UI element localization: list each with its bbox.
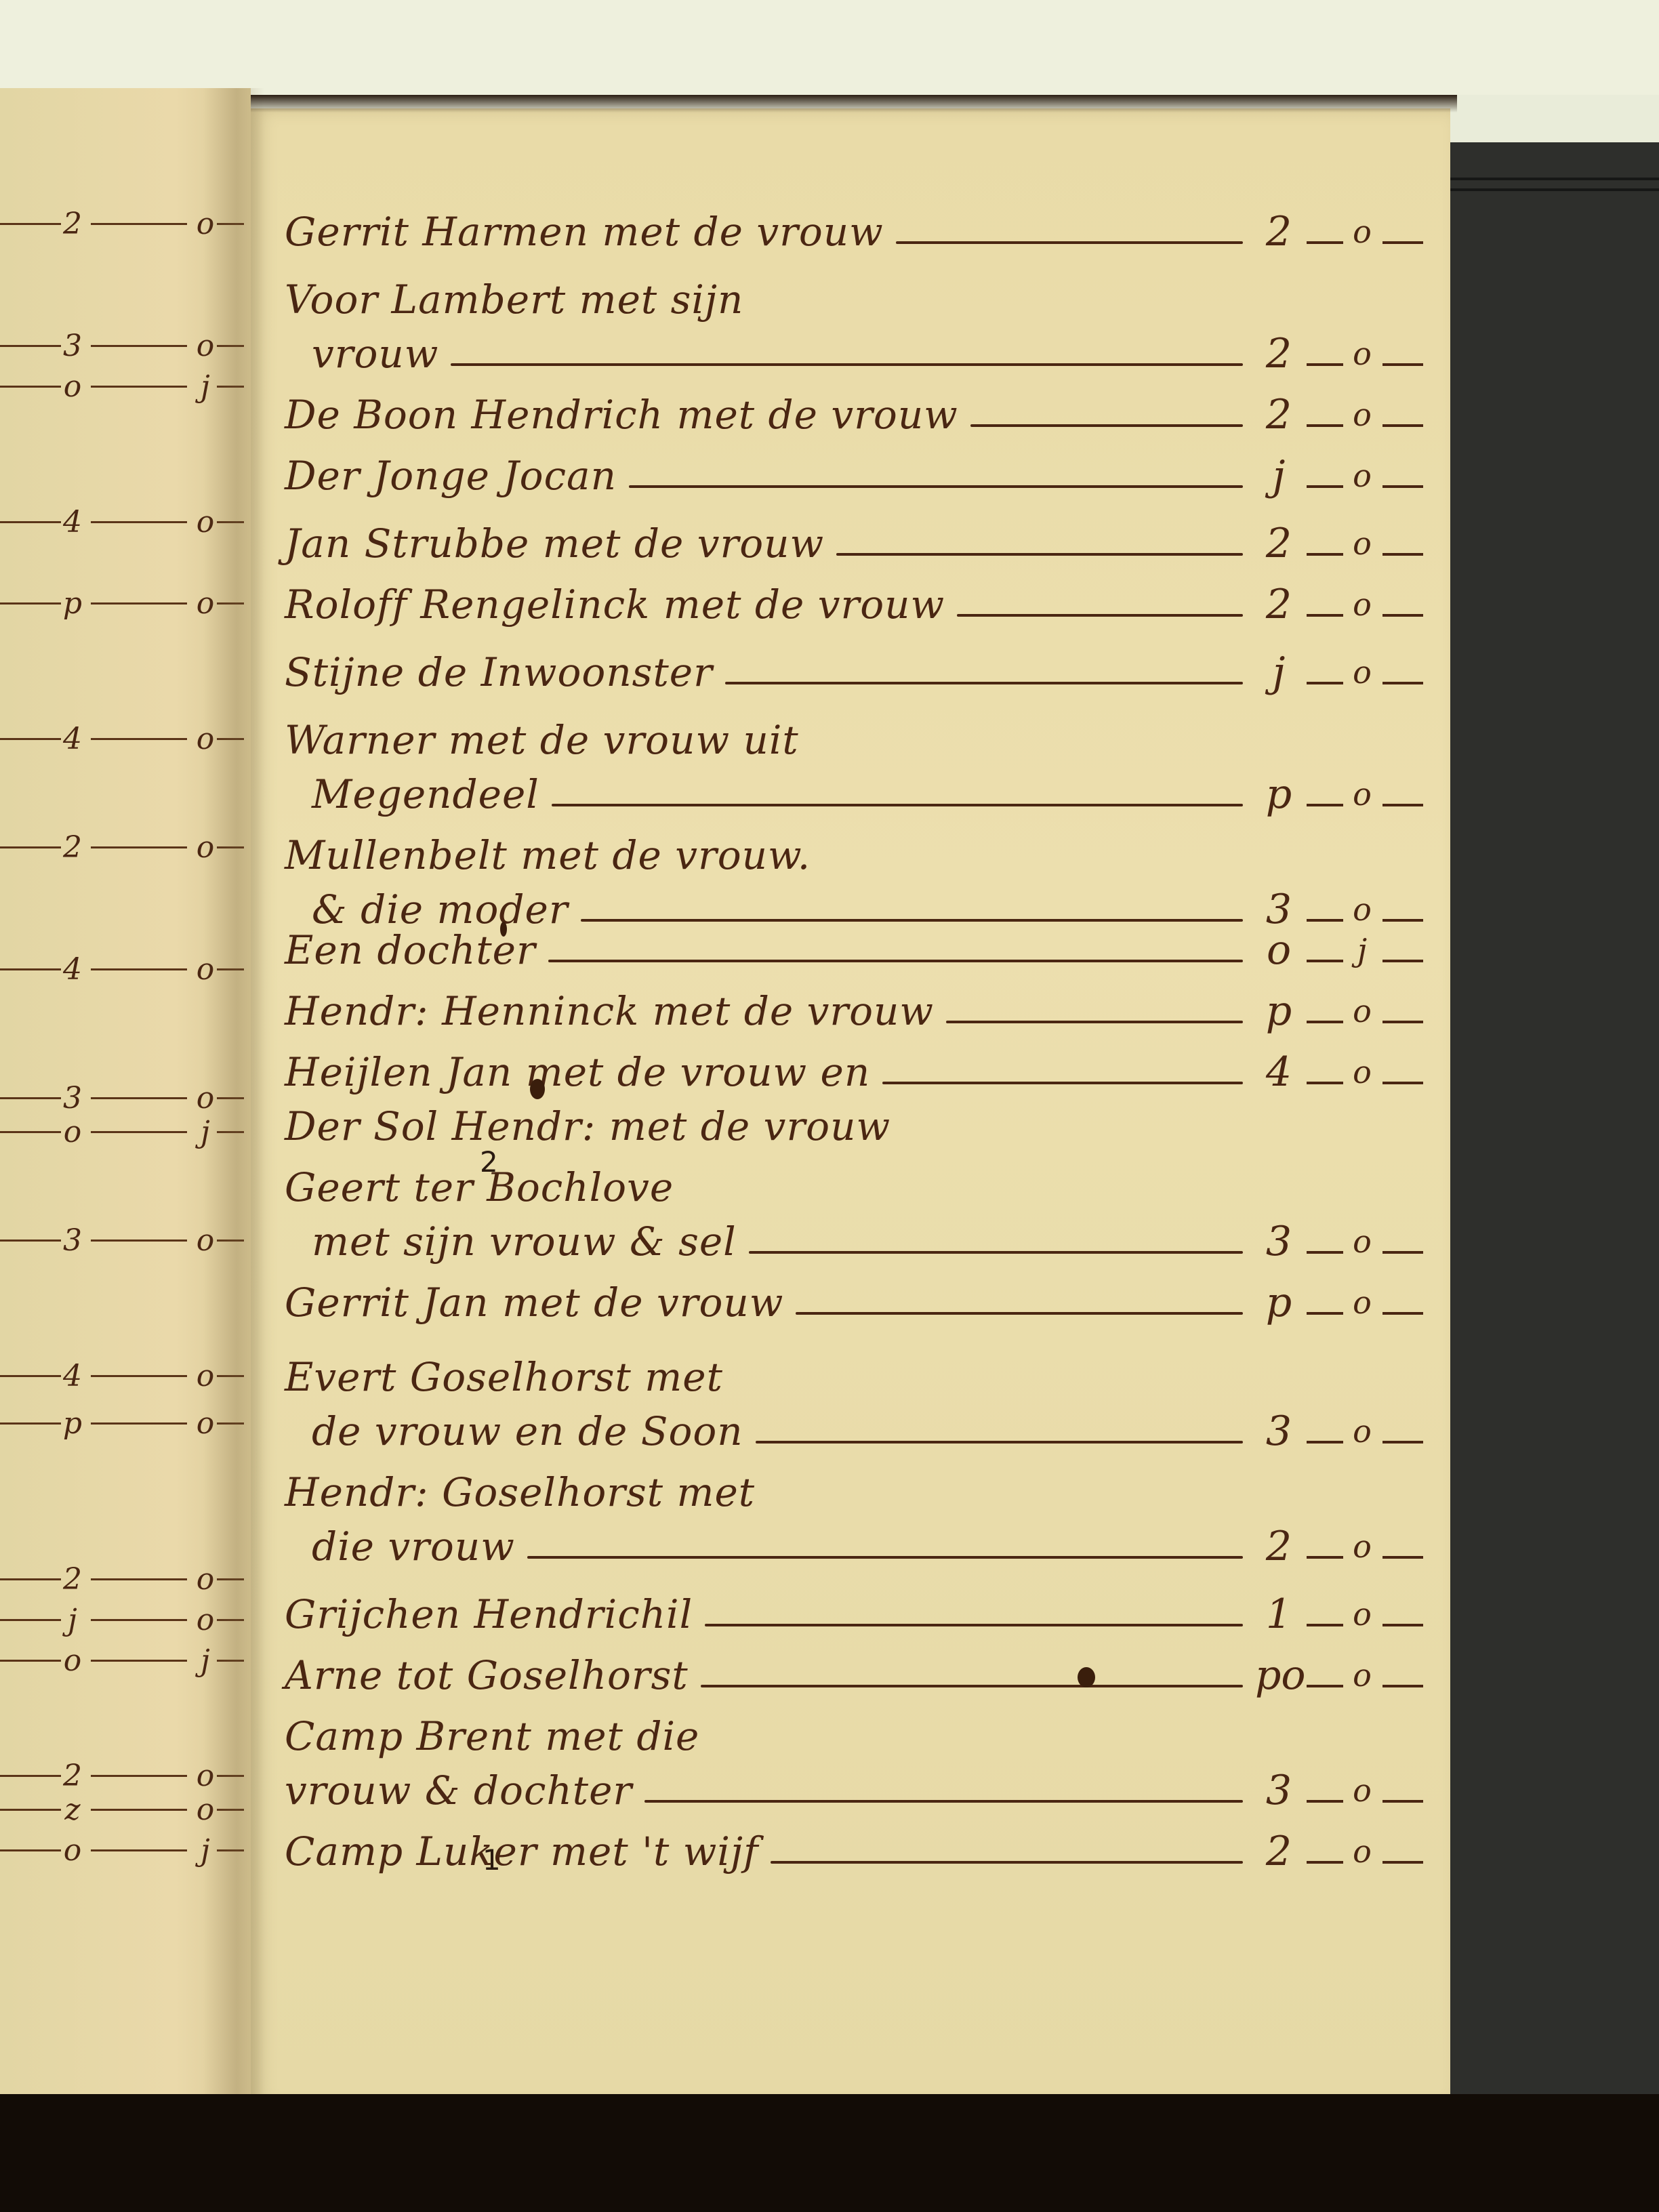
register-entry: Stijne de Inwoonsterjo [285,644,1423,701]
leader-line [1307,1021,1343,1023]
count-value: 3 [1255,1213,1303,1270]
entry-name: Heijlen Jan met de vrouw en [285,1044,870,1101]
leader-line [1307,241,1343,244]
entry-name: Gerrit Jan met de vrouw [285,1274,783,1331]
leader-line [1382,804,1423,806]
register-entry: Evert Goselhorst met [285,1349,1423,1406]
count-value: j [1255,447,1303,504]
leader-line [1307,614,1343,617]
entry-name: vrouw & dochter [285,1762,632,1819]
count-value: 2 [1255,1518,1303,1575]
entry-name: Warner met de vrouw uit [285,712,799,769]
entry-name: met sijn vrouw & sel [285,1213,737,1270]
register-entry: Hendr: Henninck met de vrouwpo [285,983,1423,1040]
register-entry: Jan Strubbe met de vrouw2o [285,515,1423,572]
leader-line [1307,1685,1343,1687]
margin-number: 1 [483,1843,501,1877]
sub-count-value: o [1347,1213,1377,1270]
leader-line [749,1251,1243,1254]
count-value: 3 [1255,1762,1303,1819]
leader-line [1382,1251,1423,1254]
sub-count-value: o [1347,1762,1377,1819]
register-entry: Gerrit Harmen met de vrouw2o [285,203,1423,260]
ink-blot [1078,1667,1095,1687]
entry-name: vrouw [285,325,438,382]
count-value: 2 [1255,203,1303,260]
sub-count-value: o [1347,1823,1377,1880]
sub-count-value: j [1347,922,1377,979]
register-entry: Geert ter Bochlove [285,1159,1423,1216]
leader-line [1382,1021,1423,1023]
leader-line [1382,1556,1423,1559]
sub-count-value: o [1347,325,1377,382]
sub-count-value: o [1347,644,1377,701]
leader-line [1382,485,1423,488]
leader-line [1382,1861,1423,1864]
leader-line [1382,1312,1423,1315]
count-value: 4 [1255,1044,1303,1101]
leader-line [1382,424,1423,427]
entry-name: Hendr: Goselhorst met [285,1464,755,1521]
count-value: 2 [1255,386,1303,443]
register-entry: Hendr: Goselhorst met [285,1464,1423,1521]
register-entry: Voor Lambert met sijn [285,271,1423,328]
register-entry: Warner met de vrouw uit [285,712,1423,769]
count-value: po [1255,1647,1303,1704]
leader-line [451,363,1243,366]
register-entry: de vrouw en de Soon3o [285,1403,1423,1460]
register-entry: die vrouw2o [285,1518,1423,1575]
leader-line [1307,363,1343,366]
count-value: 3 [1255,1403,1303,1460]
ink-blot [500,922,507,937]
leader-line [1307,682,1343,684]
leader-line [1307,424,1343,427]
sub-count-value: o [1347,515,1377,572]
leader-line [1307,1251,1343,1254]
ink-blot [530,1079,545,1099]
entry-name: Voor Lambert met sijn [285,271,743,328]
leader-line [527,1556,1243,1559]
entry-name: Camp Brent met die [285,1708,699,1765]
count-value: p [1255,1274,1303,1331]
leader-line [1382,1441,1423,1443]
leader-line [1382,614,1423,617]
entry-name: Een dochter [285,922,536,979]
entry-name: Roloff Rengelinck met de vrouw [285,576,945,633]
book-shadow-bottom [0,2094,1659,2212]
sub-count-value: o [1347,766,1377,823]
register-entry: Een dochteroj [285,922,1423,979]
leader-line [1307,1556,1343,1559]
count-value: 2 [1255,515,1303,572]
count-value: 1 [1255,1586,1303,1643]
entry-name: Der Jonge Jocan [285,447,617,504]
leader-line [701,1685,1243,1687]
register-entry: vrouw & dochter3o [285,1762,1423,1819]
count-value: p [1255,983,1303,1040]
sub-count-value: o [1347,386,1377,443]
entry-name: Jan Strubbe met de vrouw [285,515,824,572]
leader-line [1307,1441,1343,1443]
count-value: 2 [1255,325,1303,382]
leader-line [552,804,1243,806]
leader-line [1382,1685,1423,1687]
sub-count-value: o [1347,1586,1377,1643]
entry-name: Arne tot Goselhorst [285,1647,689,1704]
leader-line [629,485,1243,488]
leader-line [705,1624,1243,1626]
leader-line [1307,1312,1343,1315]
leader-line [771,1861,1243,1864]
sub-count-value: o [1347,1518,1377,1575]
count-value: 2 [1255,1823,1303,1880]
leader-line [1307,1861,1343,1864]
leader-line [725,682,1243,684]
entry-name: Der Sol Hendr: met de vrouw [285,1098,890,1155]
sub-count-value: o [1347,1403,1377,1460]
register-entry: Grijchen Hendrichil1o [285,1586,1423,1643]
entry-name: de vrouw en de Soon [285,1403,743,1460]
leader-line [644,1800,1243,1803]
leader-line [1382,363,1423,366]
leader-line [1382,682,1423,684]
register-entry: De Boon Hendrich met de vrouw2o [285,386,1423,443]
leader-line [1382,960,1423,962]
entry-name: Evert Goselhorst met [285,1349,723,1406]
register-entry: Der Sol Hendr: met de vrouw [285,1098,1423,1155]
count-value: j [1255,644,1303,701]
count-value: p [1255,766,1303,823]
sub-count-value: o [1347,983,1377,1040]
leader-line [836,553,1243,556]
entry-name: Gerrit Harmen met de vrouw [285,203,884,260]
leader-line [1307,1082,1343,1084]
leader-line [1307,485,1343,488]
sub-count-value: o [1347,447,1377,504]
sub-count-value: o [1347,576,1377,633]
leader-line [1307,1624,1343,1626]
leader-line [1307,804,1343,806]
leader-line [756,1441,1243,1443]
leader-line [1307,960,1343,962]
register-entry: vrouw2o [285,325,1423,382]
leader-line [1307,1800,1343,1803]
entry-name: De Boon Hendrich met de vrouw [285,386,958,443]
register-entry: Roloff Rengelinck met de vrouw2o [285,576,1423,633]
leader-line [1382,241,1423,244]
register-entry: Megendeelpo [285,766,1423,823]
entry-name: Stijne de Inwoonster [285,644,713,701]
leader-line [882,1082,1243,1084]
entry-name: Grijchen Hendrichil [285,1586,693,1643]
leader-line [1382,1800,1423,1803]
register-entry: Heijlen Jan met de vrouw en4o [285,1044,1423,1101]
sub-count-value: o [1347,1044,1377,1101]
margin-number: 2 [480,1145,498,1179]
leader-line [1307,553,1343,556]
sub-count-value: o [1347,203,1377,260]
entry-name: Megendeel [285,766,539,823]
count-value: 2 [1255,576,1303,633]
leader-line [957,614,1243,617]
entry-name: Hendr: Henninck met de vrouw [285,983,934,1040]
register-entries: Gerrit Harmen met de vrouw2oVoor Lambert… [0,0,1659,2212]
entry-name: Mullenbelt met de vrouw. [285,827,811,884]
register-entry: Gerrit Jan met de vrouwpo [285,1274,1423,1331]
count-value: o [1255,922,1303,979]
sub-count-value: o [1347,1274,1377,1331]
leader-line [896,241,1243,244]
register-entry: Der Jonge Jocanjo [285,447,1423,504]
register-entry: Arne tot Goselhorstpoo [285,1647,1423,1704]
leader-line [796,1312,1243,1315]
leader-line [970,424,1243,427]
sub-count-value: o [1347,1647,1377,1704]
leader-line [946,1021,1243,1023]
register-entry: Camp Brent met die [285,1708,1423,1765]
entry-name: die vrouw [285,1518,515,1575]
leader-line [1382,1624,1423,1626]
leader-line [1382,1082,1423,1084]
leader-line [548,960,1243,962]
register-entry: met sijn vrouw & sel3o [285,1213,1423,1270]
register-entry: Mullenbelt met de vrouw. [285,827,1423,884]
leader-line [1382,553,1423,556]
entry-name: Camp Luker met 't wijf [285,1823,758,1880]
register-entry: Camp Luker met 't wijf2o [285,1823,1423,1880]
